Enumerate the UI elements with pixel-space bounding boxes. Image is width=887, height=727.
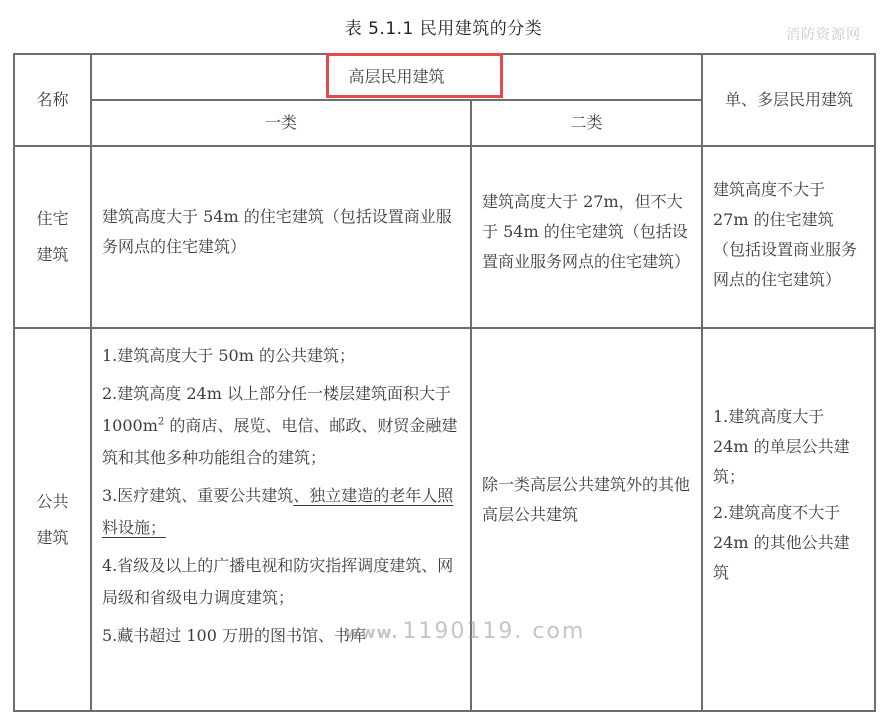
public-class-one-item-2: 2.建筑高度 24m 以上部分任一楼层建筑面积大于 1000m2 的商店、展览、… xyxy=(102,378,460,474)
row-residential-lowrise-text: 建筑高度不大于 27m 的住宅建筑（包括设置商业服务网点的住宅建筑） xyxy=(713,175,864,295)
public-class-one-item-5: 5.藏书超过 100 万册的图书馆、书库 xyxy=(102,620,460,652)
header-class-one-cell: 一类 xyxy=(92,101,470,145)
row-residential-class-two-cell: 建筑高度大于 27m，但不大于 54m 的住宅建筑（包括设置商业服务网点的住宅建… xyxy=(472,147,701,327)
row-residential-class-one-cell: 建筑高度大于 54m 的住宅建筑（包括设置商业服务网点的住宅建筑） xyxy=(92,147,470,327)
public-class-one-item-1: 1.建筑高度大于 50m 的公共建筑； xyxy=(102,340,460,372)
public-class-one-item-3: 3.医疗建筑、重要公共建筑、独立建造的老年人照料设施； xyxy=(102,480,460,544)
table-title: 表 5.1.1 民用建筑的分类 xyxy=(0,14,887,39)
public-lowrise-item-1: 1.建筑高度大于 24m 的单层公共建筑； xyxy=(713,402,864,492)
row-public-name-cell: 公共建筑 xyxy=(15,329,90,710)
row-residential-class-two-text: 建筑高度大于 27m，但不大于 54m 的住宅建筑（包括设置商业服务网点的住宅建… xyxy=(482,187,691,277)
header-class-two-label: 二类 xyxy=(570,108,602,138)
header-name-label: 名称 xyxy=(36,85,68,115)
public-class-one-item-4: 4.省级及以上的广播电视和防灾指挥调度建筑、网局级和省级电力调度建筑； xyxy=(102,550,460,614)
row-residential-class-one-text: 建筑高度大于 54m 的住宅建筑（包括设置商业服务网点的住宅建筑） xyxy=(102,202,456,262)
classification-table: 名称 高层民用建筑 一类 二类 单、多层民用建筑 住宅建筑 建筑高度大于 54m… xyxy=(13,53,876,712)
row-public-lowrise-cell: 1.建筑高度大于 24m 的单层公共建筑； 2.建筑高度不大于 24m 的其他公… xyxy=(703,329,874,710)
table-border-right xyxy=(874,53,876,712)
row-public-name: 公共建筑 xyxy=(35,484,70,556)
header-highrise-label: 高层民用建筑 xyxy=(348,62,444,92)
row-residential-lowrise-cell: 建筑高度不大于 27m 的住宅建筑（包括设置商业服务网点的住宅建筑） xyxy=(703,147,874,327)
header-lowrise-label: 单、多层民用建筑 xyxy=(725,83,853,117)
header-class-one-label: 一类 xyxy=(265,108,297,138)
row-public-class-two-text: 除一类高层公共建筑外的其他高层公共建筑 xyxy=(482,470,691,530)
watermark-site-name: 消防资源网 xyxy=(786,24,861,44)
header-lowrise-cell: 单、多层民用建筑 xyxy=(705,55,873,145)
row-public-class-two-cell: 除一类高层公共建筑外的其他高层公共建筑 xyxy=(472,329,701,710)
row-residential-name: 住宅建筑 xyxy=(35,201,70,273)
public-class-one-item-3-head: 3.医疗建筑、重要公共建筑 xyxy=(102,486,293,505)
public-lowrise-item-2: 2.建筑高度不大于 24m 的其他公共建筑 xyxy=(713,498,864,588)
header-name-cell: 名称 xyxy=(15,55,90,145)
row-public-class-one-cell: 1.建筑高度大于 50m 的公共建筑； 2.建筑高度 24m 以上部分任一楼层建… xyxy=(92,329,470,710)
header-class-two-cell: 二类 xyxy=(472,101,701,145)
table-border-bottom xyxy=(13,710,876,712)
row-residential-name-cell: 住宅建筑 xyxy=(15,147,90,327)
header-highrise-cell: 高层民用建筑 xyxy=(92,55,701,99)
